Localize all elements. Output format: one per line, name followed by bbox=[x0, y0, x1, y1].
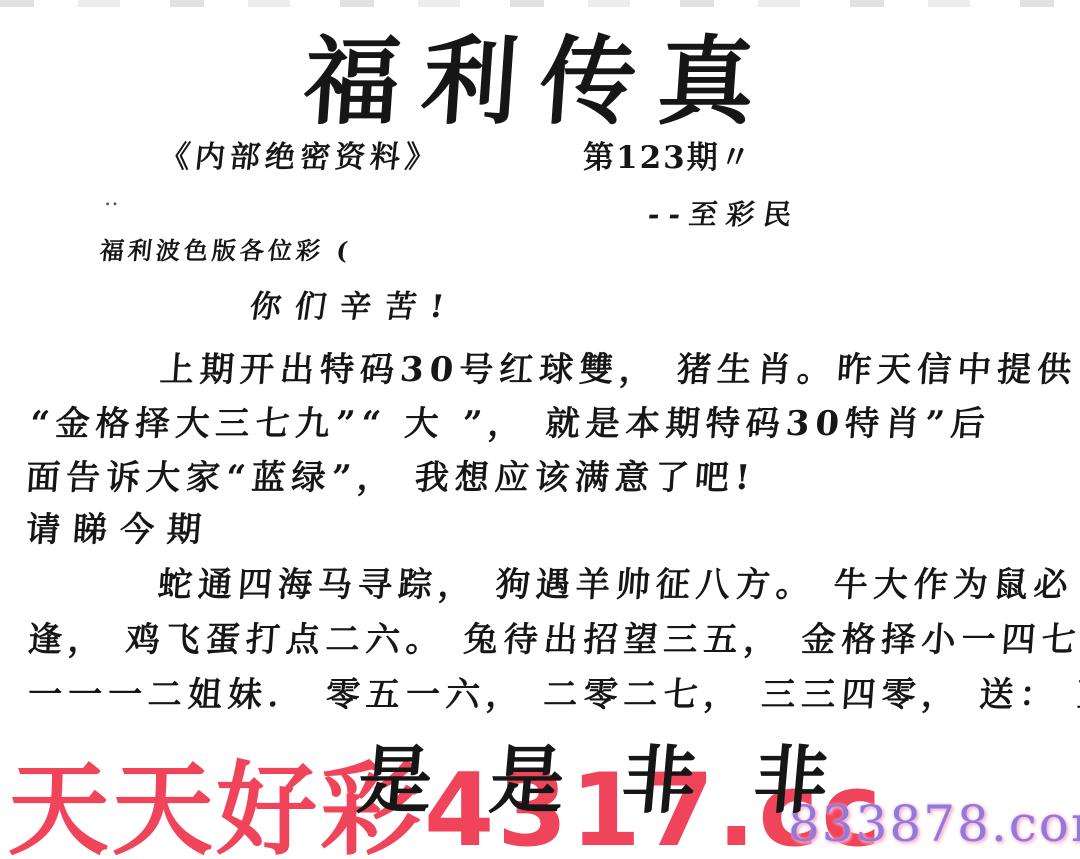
salute-line: 你们辛苦! bbox=[248, 292, 460, 323]
paragraph2-line1: 蛇通四海马寻踪， 狗遇羊帅征八方。 牛大作为鼠必 bbox=[157, 568, 1075, 602]
issue-number: 第123期〃 bbox=[583, 143, 753, 174]
scan-artifact-dots: ‥ bbox=[104, 188, 121, 210]
paragraph1-line3: 面告诉大家“蓝绿”， 我想应该满意了吧! bbox=[25, 461, 757, 495]
scan-artifact-top bbox=[0, 0, 1080, 7]
bottom-calligraphy-phrase: 是是非非 bbox=[355, 744, 889, 818]
paragraph1-line1: 上期开出特码30号红球雙， 猪生肖。昨天信中提供 bbox=[159, 353, 1079, 387]
paragraph1-line2: “金格择大三七九”“ 大 ”， 就是本期特码30特肖”后 bbox=[29, 407, 992, 441]
dedication-line: --至彩民 bbox=[646, 201, 802, 229]
document-title: 福利传真 bbox=[0, 34, 1080, 130]
paragraph2-line3: 一一一二姐妹． 零五一六， 二零二七， 三三四零， 送： 蓝绿 bbox=[27, 678, 1080, 712]
paragraph2-line2: 逢， 鸡飞蛋打点二六。 兔待出招望三五， 金格择小一四七。 bbox=[27, 623, 1080, 657]
greeting-line: 福利波色版各位彩 ( bbox=[99, 239, 353, 263]
paragraph1-line4: 请睇今期 bbox=[25, 513, 215, 547]
fax-document-page: 福利传真 《内部绝密资料》 第123期〃 ‥ --至彩民 福利波色版各位彩 ( … bbox=[0, 0, 1080, 859]
classified-label: 《内部绝密资料》 bbox=[158, 143, 441, 173]
